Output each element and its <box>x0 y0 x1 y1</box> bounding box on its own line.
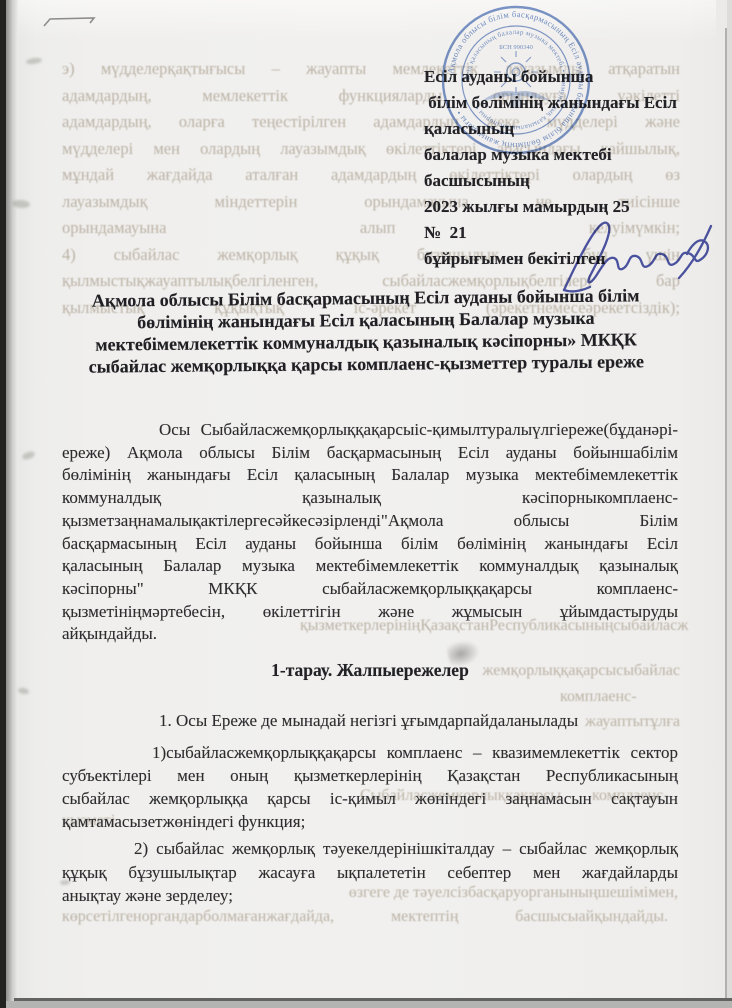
scan-edge-right <box>727 0 732 1008</box>
clause-1-text: 1. Осы Ереже де мынадай негізгі ұғымдарп… <box>62 709 678 732</box>
signature <box>548 198 726 298</box>
intro-paragraph: Осы Сыбайласжемқорлыққақарсыіс-қимылтура… <box>62 419 678 646</box>
document-title: Ақмола облысы Білім басқармасының Есіл а… <box>40 284 693 378</box>
chapter-1-heading: 1-тарау. Жалпыережелер <box>62 660 678 681</box>
paper-shading <box>16 0 716 40</box>
stamp-bin-text: БСН 990340 <box>499 44 533 51</box>
bleedthrough-fragment: комплаенс- <box>560 688 690 706</box>
term-item-2: 2) сыбайлас жемқорлық тәуекелдерінішкіта… <box>62 837 678 908</box>
bleedthrough-text-bottom: көрсетілгеноргандарболмағанжағдайда, мек… <box>62 908 668 926</box>
scanned-document-page: э) мүдделерқақтығысы – жауапты мемлекетт… <box>0 0 732 1008</box>
scan-edge-bottom <box>6 1001 732 1008</box>
official-round-stamp: • Ақмола облысы білім басқармасының Есіл… <box>438 2 594 158</box>
term-item-1: 1)сыбайласжемқорлыққақарсы комплаенс – к… <box>62 741 678 833</box>
stamp-inner-circle <box>462 26 570 134</box>
coat-of-arms-icon <box>482 51 550 108</box>
staple <box>40 14 98 30</box>
scan-edge-left-shadow <box>6 0 18 1008</box>
